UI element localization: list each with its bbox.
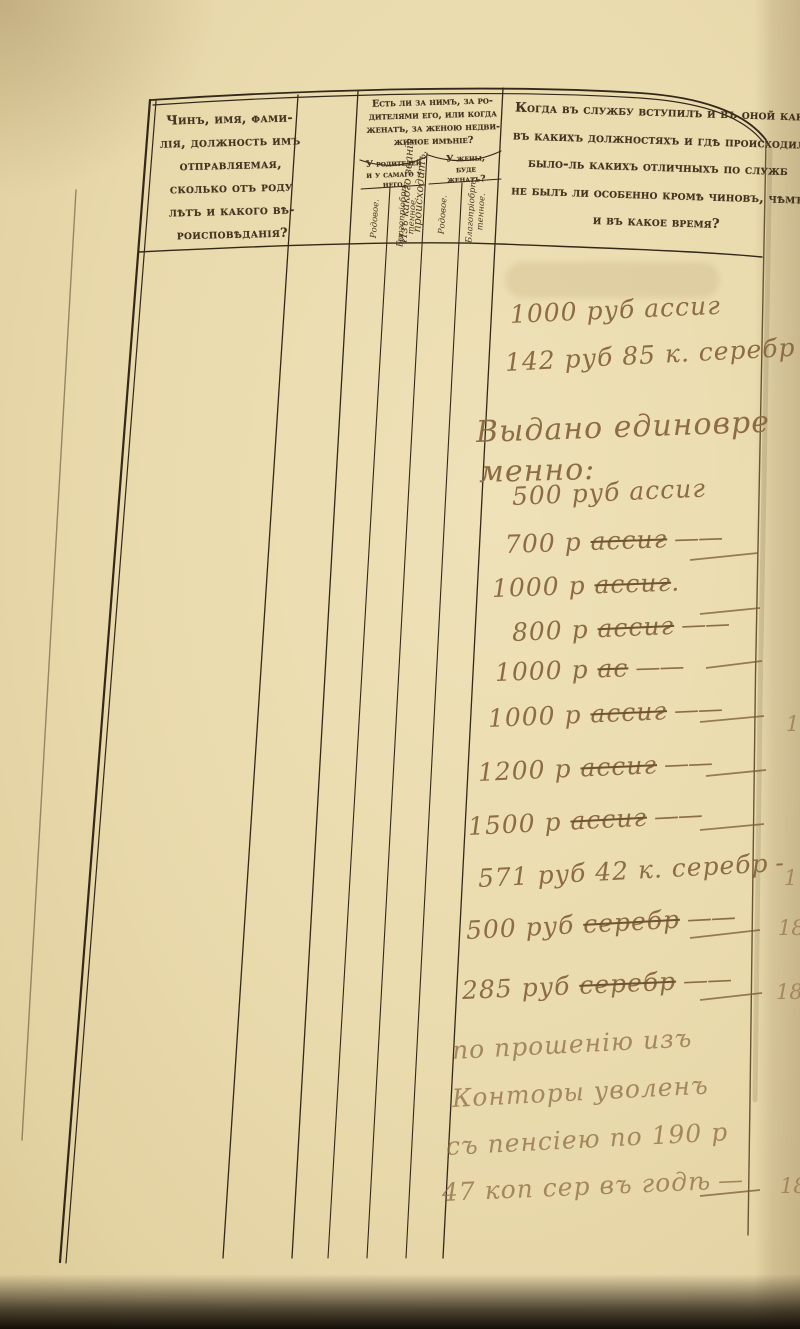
edge-year-fragment: 18 (780, 1174, 800, 1198)
amount-text: 500 руб (465, 910, 584, 945)
ditto-dash: —— (675, 964, 731, 995)
header-property-group: Есть ли за нимъ, за ро- дителями его, ил… (359, 94, 506, 150)
amount-text: 285 руб (461, 971, 580, 1005)
header-line: роисповѣданія? (161, 220, 304, 246)
struck-currency: ас (597, 653, 629, 683)
struck-currency: серебр (582, 905, 680, 939)
struck-currency: ассиг (590, 524, 668, 556)
ditto-dash: —— (646, 800, 702, 832)
header-property-wife: У жены, буде женатъ? (429, 153, 502, 187)
ditto-dash: —— (667, 522, 723, 553)
amount-text: 1000 р (491, 570, 594, 603)
amount-text: 1200 р (477, 754, 581, 787)
edge-year-fragment: 1 (786, 712, 799, 736)
header-service-entry-column: Когда въ службу вступилъ и въ оной как в… (510, 94, 800, 241)
edge-year-fragment: 18 (778, 916, 800, 940)
ditto-dash: — (710, 1165, 742, 1195)
amount-text: 700 р (504, 527, 591, 559)
header-line: сколько отъ роду (160, 174, 303, 200)
photo-shadow-bottom (0, 1274, 800, 1329)
ditto-dash: —— (656, 748, 712, 779)
edge-year-fragment: 18 (776, 980, 800, 1004)
scanned-document-page: Чинъ, имя, фами- лія, должность имъ отпр… (0, 0, 800, 1329)
amount-text: 1500 р (467, 807, 571, 841)
struck-currency: серебр (579, 967, 677, 1000)
struck-currency: ассиг (594, 568, 672, 600)
struck-currency: ассиг (597, 611, 675, 643)
header-line: лія, должность имъ (159, 128, 302, 154)
ditto-dash: — (795, 331, 800, 362)
struck-currency: ассиг (570, 803, 648, 836)
ditto-dash: . (671, 568, 679, 597)
amount-text: 1000 р (487, 700, 591, 733)
header-line: Чинъ, имя, фами- (158, 105, 301, 131)
amount-text: 1000 р (494, 654, 597, 687)
ditto-dash: - (768, 848, 784, 878)
header-rank-name-column: Чинъ, имя, фами- лія, должность имъ отпр… (158, 105, 303, 246)
amount-text: 800 р (511, 614, 598, 647)
header-line: отправляемая, (159, 151, 302, 177)
edge-year-fragment: 1 (784, 866, 797, 890)
ditto-dash: —— (673, 609, 729, 640)
ditto-dash: —— (679, 902, 735, 934)
ditto-dash: —— (666, 694, 722, 725)
ditto-dash: —— (628, 651, 684, 682)
struck-currency: ассиг (580, 750, 658, 782)
struck-currency: ассиг (590, 696, 668, 728)
